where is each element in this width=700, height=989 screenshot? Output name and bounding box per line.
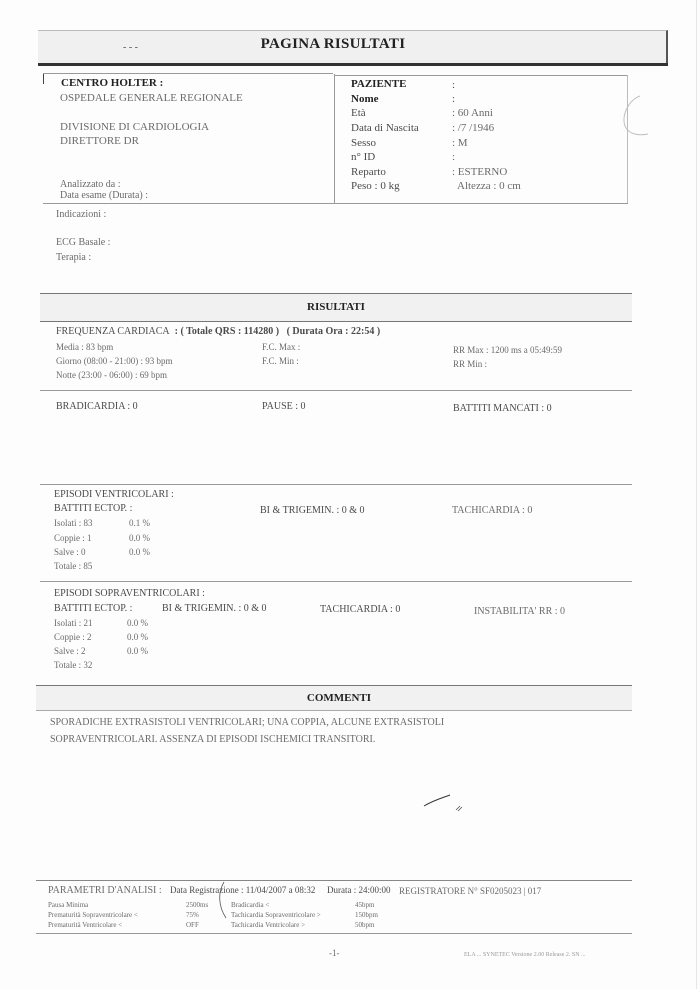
param-pausa-minima-label: Pausa Minima	[48, 901, 88, 909]
durata-registrazione: Durata : 24:00:00	[327, 885, 391, 895]
parametri-top-rule	[36, 880, 632, 881]
field-value-reparto: : ESTERNO	[452, 166, 507, 178]
sopraventricolari-coppie: Coppie : 2	[54, 632, 92, 642]
fc-max: F.C. Max :	[262, 342, 300, 352]
ventricolari-bigemin: BI & TRIGEMIN. : 0 & 0	[260, 505, 365, 516]
registratore-number: REGISTRATORE N° SF0205023 | 017	[399, 886, 541, 896]
param-prematurita-ventr-label: Prematurità Ventricolare <	[48, 921, 122, 929]
parametri-label: PARAMETRI D'ANALISI :	[48, 885, 162, 896]
pen-stroke-icon	[212, 880, 242, 932]
frequenza-heading: FREQUENZA CARDIACA : ( Totale QRS : 1142…	[56, 326, 380, 337]
fc-min: F.C. Min :	[262, 356, 299, 366]
bradicardia-value: BRADICARDIA : 0	[56, 401, 138, 412]
software-version: ELA ... SYNETEC Versione 2.00 Release 2.…	[464, 952, 586, 958]
ventricolari-tachicardia: TACHICARDIA : 0	[452, 505, 532, 516]
centro-holter-label: CENTRO HOLTER :	[61, 77, 163, 89]
sopraventricolari-coppie-pct: 0.0 %	[127, 632, 148, 642]
ventricolari-isolati-pct: 0.1 %	[129, 518, 150, 528]
paziente-heading: PAZIENTE	[351, 78, 406, 90]
ventricolari-heading: EPISODI VENTRICOLARI :	[54, 489, 174, 500]
commenti-line-1: SPORADICHE EXTRASISTOLI VENTRICOLARI; UN…	[50, 717, 444, 728]
param-pausa-minima-value: 2500ms	[186, 901, 208, 909]
instabilita-rr: INSTABILITA' RR : 0	[474, 606, 565, 617]
page-number: -1-	[329, 948, 340, 958]
peso-field: Peso : 0 kg	[351, 180, 400, 192]
field-value-eta: : 60 Anni	[452, 107, 493, 119]
ventricolari-salve: Salve : 0	[54, 547, 86, 557]
field-label-nascita: Data di Nascita	[351, 122, 419, 134]
field-value-sesso: : M	[452, 137, 468, 149]
commenti-bottom-rule	[36, 710, 632, 711]
commenti-title: COMMENTI	[0, 692, 678, 704]
sopraventricolari-totale: Totale : 32	[54, 660, 92, 670]
analizzato-da-label: Analizzato da :	[60, 179, 121, 190]
field-value-nome: :	[452, 93, 455, 105]
handwritten-mark-icon	[618, 92, 658, 152]
rule-before-sopraventricolari	[40, 581, 632, 582]
sopraventricolari-heading: EPISODI SOPRAVENTRICOLARI :	[54, 588, 205, 599]
field-label-eta: Età	[351, 107, 366, 119]
rule-after-frequenza	[40, 390, 632, 391]
sopraventricolari-bigemin: BI & TRIGEMIN. : 0 & 0	[162, 603, 267, 614]
field-label-sesso: Sesso	[351, 137, 376, 149]
indicazioni-label: Indicazioni :	[56, 209, 106, 220]
rr-max: RR Max : 1200 ms a 05:49:59	[453, 345, 562, 355]
param-prematurita-sopra-value: 75%	[186, 911, 199, 919]
param-tachi-ventr-value: 50bpm	[355, 921, 374, 929]
paziente-heading-value: :	[452, 79, 455, 91]
header-underline	[38, 63, 668, 66]
data-registrazione: Data Registrazione : 11/04/2007 a 08:32	[170, 885, 315, 895]
box-divider	[334, 74, 335, 204]
field-value-id: :	[452, 151, 455, 163]
commenti-line-2: SOPRAVENTRICOLARI. ASSENZA DI EPISODI IS…	[50, 734, 375, 745]
centro-line-1: OSPEDALE GENERALE REGIONALE	[60, 92, 243, 104]
param-bradicardia-value: 45bpm	[355, 901, 374, 909]
sopraventricolari-salve-pct: 0.0 %	[127, 646, 148, 656]
field-label-nome: Nome	[351, 93, 379, 105]
media-value: Media : 83 bpm	[56, 342, 113, 352]
totale-qrs: : ( Totale QRS : 114280 )	[175, 326, 279, 337]
param-tachi-ventr-label: Tachicardia Ventricolare >	[231, 921, 305, 929]
rule-before-ventricolari	[40, 484, 632, 485]
ventricolari-isolati: Isolati : 83	[54, 518, 93, 528]
ecg-basale-label: ECG Basale :	[56, 237, 110, 248]
parametri-bottom-rule	[36, 933, 632, 934]
rr-min: RR Min :	[453, 359, 487, 369]
altezza-field: Altezza : 0 cm	[457, 180, 521, 192]
field-label-reparto: Reparto	[351, 166, 386, 178]
ventricolari-salve-pct: 0.0 %	[129, 547, 150, 557]
sopraventricolari-salve: Salve : 2	[54, 646, 86, 656]
box-top-left	[43, 73, 333, 74]
param-tachi-sopra-label: Tachicardia Sopraventricolare >	[231, 911, 321, 919]
durata-ora: ( Durata Ora : 22:54 )	[287, 326, 381, 337]
giorno-value: Giorno (08:00 - 21:00) : 93 bpm	[56, 356, 173, 366]
ventricolari-battiti-label: BATTITI ECTOP. :	[54, 503, 132, 514]
sopraventricolari-battiti-label: BATTITI ECTOP. :	[54, 603, 132, 614]
sopraventricolari-isolati-pct: 0.0 %	[127, 618, 148, 628]
box-top-right	[335, 75, 627, 76]
sopraventricolari-isolati: Isolati : 21	[54, 618, 93, 628]
signature-icon	[420, 788, 480, 818]
centro-line-2: DIVISIONE DI CARDIOLOGIA	[60, 121, 209, 133]
param-prematurita-ventr-value: OFF	[186, 921, 199, 929]
centro-line-3: DIRETTORE DR	[60, 135, 139, 147]
field-label-id: n° ID	[351, 151, 375, 163]
pause-value: PAUSE : 0	[262, 401, 306, 412]
battiti-mancati-value: BATTITI MANCATI : 0	[453, 403, 552, 414]
page-title: PAGINA RISULTATI	[0, 36, 666, 53]
page-edge	[696, 0, 697, 989]
sopraventricolari-tachicardia: TACHICARDIA : 0	[320, 604, 400, 615]
param-tachi-sopra-value: 150bpm	[355, 911, 378, 919]
ventricolari-coppie-pct: 0.0 %	[129, 533, 150, 543]
risultati-bottom-rule	[40, 321, 632, 322]
field-value-nascita: : /7 /1946	[452, 122, 494, 134]
box-bottom	[43, 203, 628, 204]
ventricolari-totale: Totale : 85	[54, 561, 92, 571]
risultati-title: RISULTATI	[0, 301, 672, 313]
data-esame-label: Data esame (Durata) :	[60, 190, 148, 201]
notte-value: Notte (23:00 - 06:00) : 69 bpm	[56, 370, 167, 380]
terapia-label: Terapia :	[56, 252, 91, 263]
frequenza-label: FREQUENZA CARDIACA	[56, 326, 170, 337]
ventricolari-coppie: Coppie : 1	[54, 533, 92, 543]
param-prematurita-sopra-label: Prematurità Sopraventricolare <	[48, 911, 138, 919]
box-left-mark	[43, 74, 44, 84]
